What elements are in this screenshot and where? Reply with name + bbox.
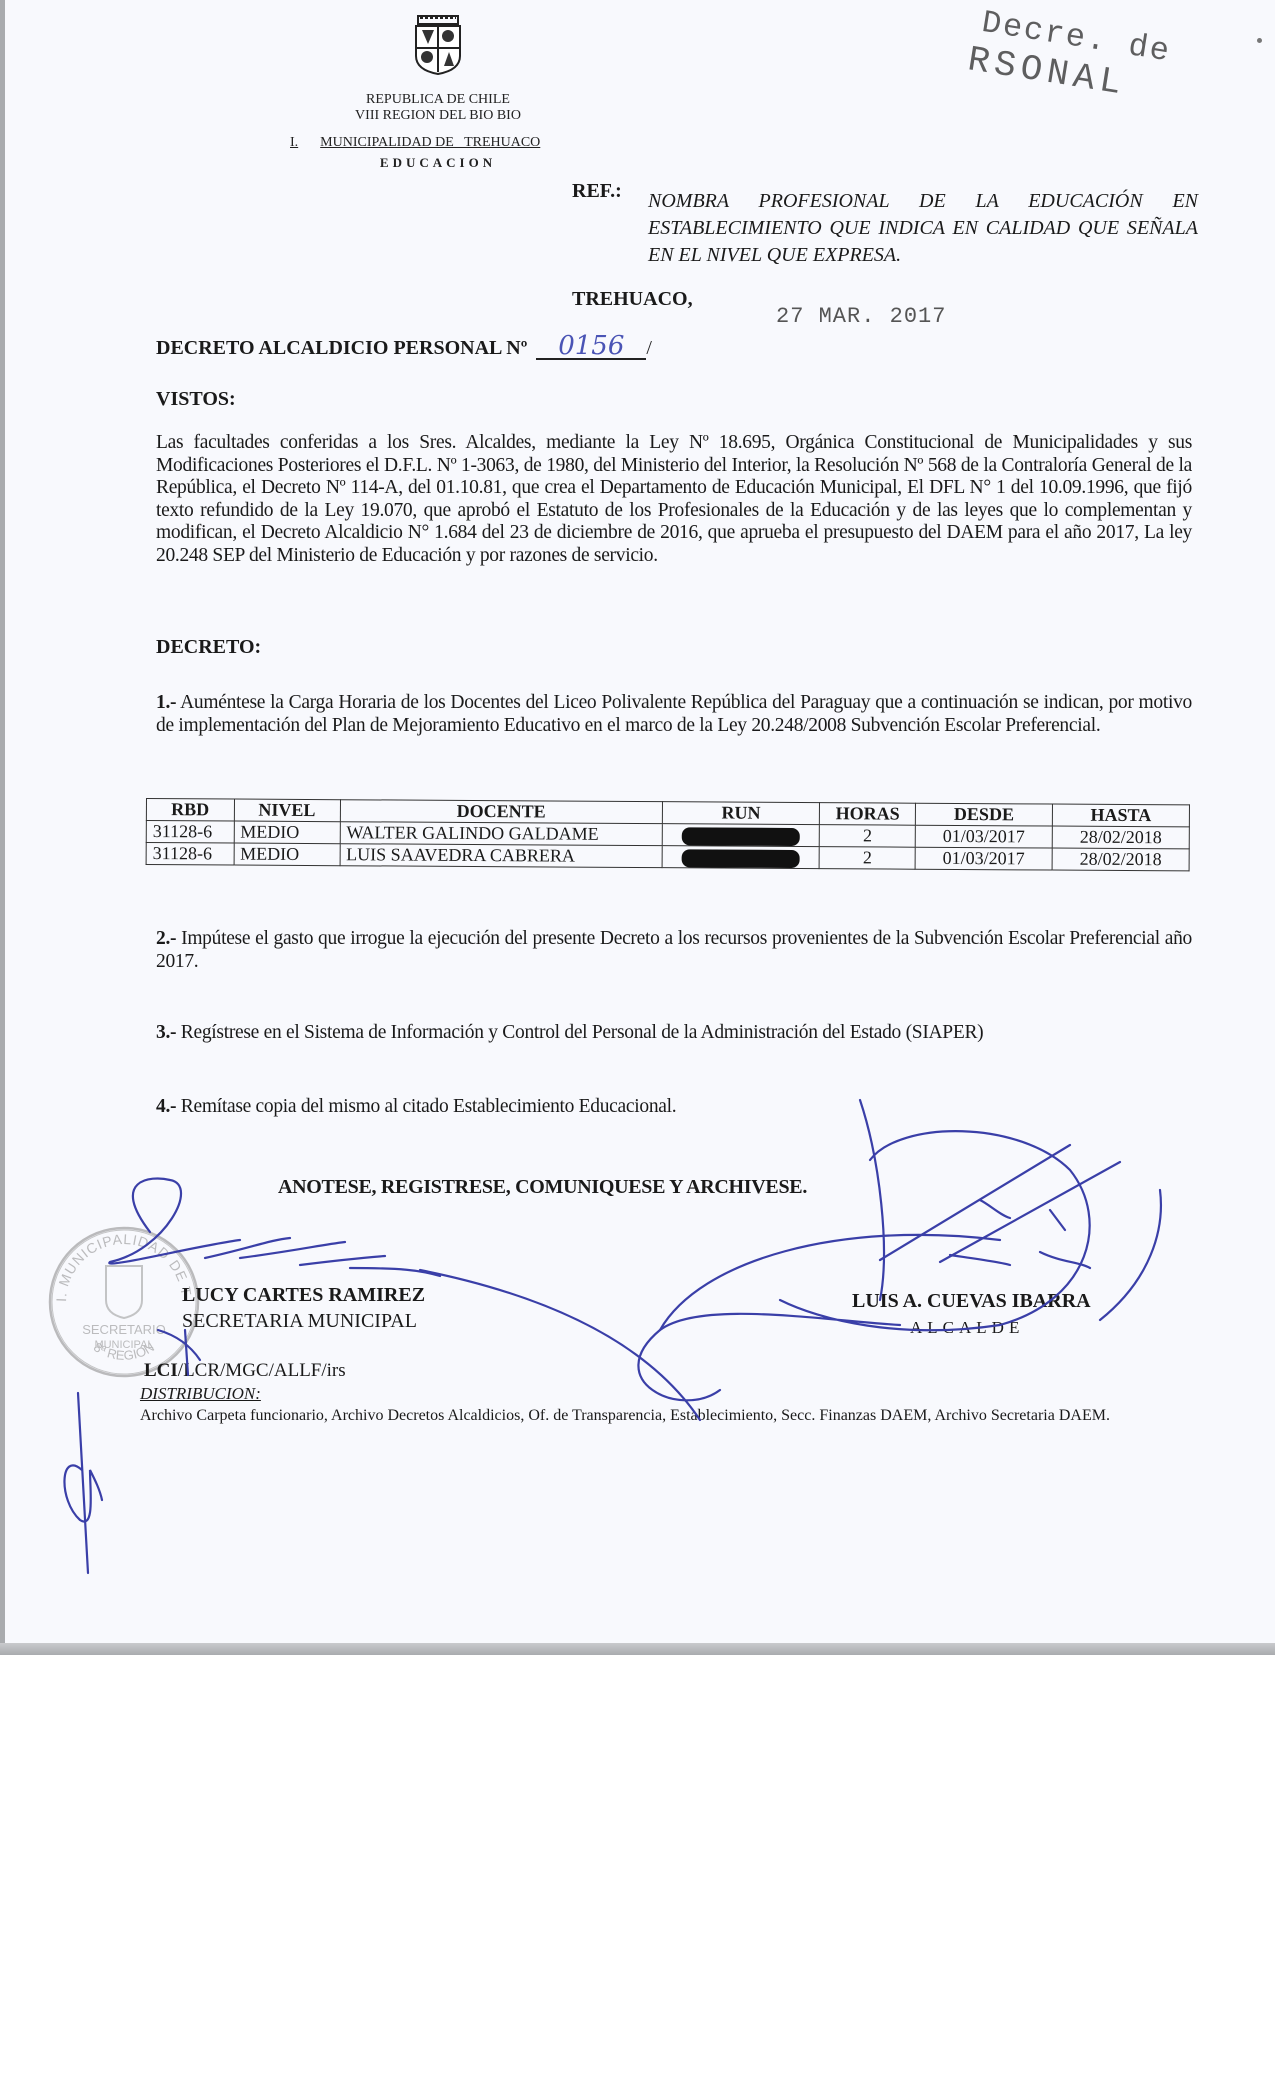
col-docente: DOCENTE: [340, 800, 662, 824]
cell-run-redacted: [662, 824, 820, 847]
svg-text:I. MUNICIPALIDAD DE TREHUACO: I. MUNICIPALIDAD DE TREHUACO: [44, 1222, 195, 1302]
initials-bold: LCI: [144, 1360, 178, 1381]
cell-hasta: 28/02/2018: [1052, 848, 1189, 871]
initials-rest: /LCR/MGC/ALLF/irs: [178, 1360, 346, 1381]
item-text: Remítase copia del mismo al citado Estab…: [176, 1096, 676, 1117]
header-department: EDUCACION: [0, 155, 876, 171]
vistos-heading: VISTOS:: [156, 388, 236, 411]
cell-hasta: 28/02/2018: [1052, 826, 1189, 849]
col-rbd: RBD: [146, 799, 234, 822]
decree-item-1: 1.- Auméntese la Carga Horaria de los Do…: [156, 692, 1192, 737]
cell-horas: 2: [819, 847, 915, 870]
decree-number-handwritten: 0156: [536, 334, 646, 360]
item-text: Impútese el gasto que irrogue la ejecuci…: [156, 928, 1192, 972]
municipal-crest-icon: [412, 14, 464, 76]
decree-title-text: DECRETO ALCALDICIO PERSONAL Nº: [156, 337, 527, 359]
scan-border-left: [0, 0, 5, 1655]
item-number: 4.-: [156, 1096, 176, 1117]
cell-run-redacted: [662, 846, 820, 869]
redaction-mark: [682, 827, 800, 846]
ref-label: REF.:: [572, 180, 622, 203]
col-horas: HORAS: [820, 803, 916, 826]
cell-docente: LUIS SAAVEDRA CABRERA: [340, 844, 662, 868]
scan-border-bottom: [0, 1643, 1275, 1655]
decree-item-2: 2.- Impútese el gasto que irrogue la eje…: [156, 928, 1192, 973]
signatory-secretary-name: LUCY CARTES RAMIREZ: [182, 1284, 425, 1307]
decreto-heading: DECRETO:: [156, 636, 261, 659]
item-text: Auméntese la Carga Horaria de los Docent…: [156, 692, 1192, 736]
cell-desde: 01/03/2017: [915, 847, 1052, 870]
decree-number-slash: /: [646, 337, 652, 359]
header-municipality: I.MUNICIPALIDAD DE TREHUACO: [290, 135, 540, 151]
col-nivel: NIVEL: [234, 799, 340, 822]
place: TREHUACO,: [572, 288, 693, 311]
decree-item-3: 3.- Regístrese en el Sistema de Informac…: [156, 1022, 1192, 1045]
distribution-text: Archivo Carpeta funcionario, Archivo Dec…: [140, 1405, 1190, 1426]
decree-item-4: 4.- Remítase copia del mismo al citado E…: [156, 1096, 1192, 1119]
distribution-label: DISTRIBUCION:: [140, 1384, 261, 1404]
date-stamp: 27 MAR. 2017: [776, 304, 946, 329]
header-region: VIII REGION DEL BIO BIO: [0, 108, 876, 124]
decree-title: DECRETO ALCALDICIO PERSONAL Nº 0156/: [156, 334, 652, 360]
header-country: REPUBLICA DE CHILE: [0, 92, 876, 108]
svg-text:SECRETARIO: SECRETARIO: [82, 1322, 166, 1337]
reference-initials: LCI/LCR/MGC/ALLF/irs: [144, 1360, 346, 1382]
closing-formula: ANOTESE, REGISTRESE, COMUNIQUESE Y ARCHI…: [278, 1176, 807, 1199]
col-hasta: HASTA: [1052, 804, 1189, 827]
cell-rbd: 31128-6: [146, 821, 234, 844]
item-text: Regístrese en el Sistema de Información …: [176, 1022, 983, 1043]
cell-docente: WALTER GALINDO GALDAME: [340, 822, 662, 846]
redaction-mark: [682, 849, 800, 868]
signatory-secretary-title: SECRETARIA MUNICIPAL: [182, 1310, 417, 1333]
municipality-prefix: I.: [290, 135, 298, 150]
item-number: 3.-: [156, 1022, 176, 1043]
item-number: 2.-: [156, 928, 176, 949]
ink-dot: [1257, 38, 1262, 43]
cell-nivel: MEDIO: [234, 821, 340, 844]
municipality-name: MUNICIPALIDAD DE TREHUACO: [320, 135, 540, 150]
signatory-mayor-title: ALCALDE: [910, 1318, 1024, 1338]
ref-text: NOMBRA PROFESIONAL DE LA EDUCACIÓN EN ES…: [648, 188, 1198, 269]
signatory-mayor-name: LUIS A. CUEVAS IBARRA: [852, 1290, 1091, 1313]
col-desde: DESDE: [915, 803, 1052, 826]
cell-nivel: MEDIO: [234, 843, 340, 866]
municipal-seal-icon: I. MUNICIPALIDAD DE TREHUACO SECRETARIO …: [44, 1222, 204, 1382]
cell-desde: 01/03/2017: [915, 825, 1052, 848]
cell-horas: 2: [820, 825, 916, 848]
cell-rbd: 31128-6: [146, 843, 234, 866]
teachers-table: RBD NIVEL DOCENTE RUN HORAS DESDE HASTA …: [146, 798, 1190, 871]
col-run: RUN: [662, 802, 820, 825]
vistos-text: Las facultades conferidas a los Sres. Al…: [156, 432, 1192, 567]
item-number: 1.-: [156, 692, 176, 713]
